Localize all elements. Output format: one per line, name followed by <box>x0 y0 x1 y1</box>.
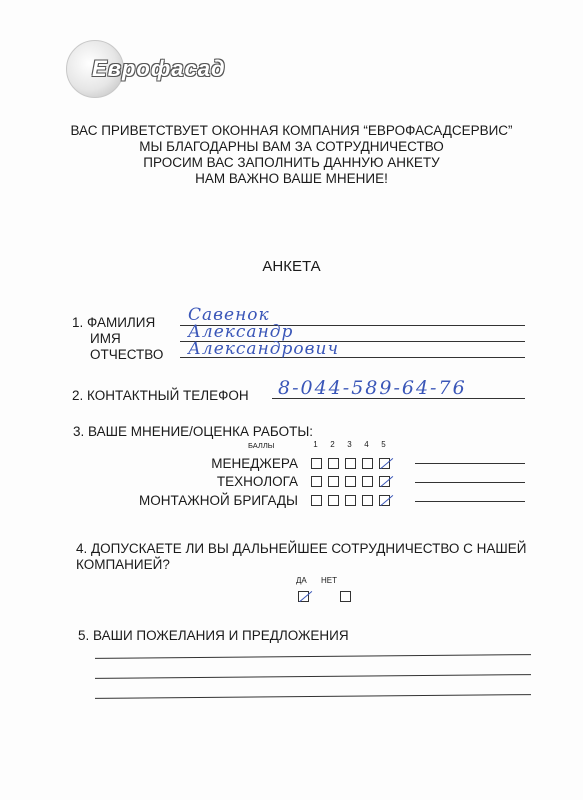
scale-number: 4 <box>358 440 375 449</box>
scale-number: 1 <box>307 440 324 449</box>
rating-checkbox-1[interactable] <box>311 495 322 506</box>
yes-checkbox-checked[interactable] <box>298 591 309 602</box>
rating-checkbox-4[interactable] <box>362 495 373 506</box>
intro-line: ПРОСИМ ВАС ЗАПОЛНИТЬ ДАННУЮ АНКЕТУ <box>0 155 583 171</box>
rating-checkbox-2[interactable] <box>328 458 339 469</box>
intro-line: ВАС ПРИВЕТСТВУЕТ ОКОННАЯ КОМПАНИЯ “ЕВРОФ… <box>0 123 583 139</box>
cooperation-question-line1: 4. ДОПУСКАЕТЕ ЛИ ВЫ ДАЛЬНЕЙШЕЕ СОТРУДНИЧ… <box>76 541 527 556</box>
suggestions-line-2[interactable] <box>95 674 531 679</box>
scale-number: 3 <box>341 440 358 449</box>
intro-line: НАМ ВАЖНО ВАШЕ МНЕНИЕ! <box>0 171 583 187</box>
suggestions-line-1[interactable] <box>95 654 531 659</box>
form-title: АНКЕТА <box>0 258 583 275</box>
rating-checkbox-2[interactable] <box>328 476 339 487</box>
suggestions-line-3[interactable] <box>95 694 531 699</box>
cooperation-question-line2: КОМПАНИЕЙ? <box>76 557 170 572</box>
no-checkbox[interactable] <box>340 591 351 602</box>
rating-checkbox-5-checked[interactable] <box>379 476 390 487</box>
yes-label: ДА <box>296 576 307 585</box>
company-logo: Еврофасад <box>62 38 232 100</box>
rating-row-manager <box>311 458 390 469</box>
surname-label: 1. ФАМИЛИЯ <box>72 315 155 330</box>
comment-line-technologist[interactable] <box>415 482 525 483</box>
scale-number: 2 <box>324 440 341 449</box>
scale-number: 5 <box>375 440 392 449</box>
rating-checkbox-4[interactable] <box>362 476 373 487</box>
name-label: ИМЯ <box>90 331 121 346</box>
patronymic-label: ОТЧЕСТВО <box>90 347 163 362</box>
comment-line-install-team[interactable] <box>415 501 525 502</box>
rating-checkbox-5-checked[interactable] <box>379 495 390 506</box>
rating-question-label: 3. ВАШЕ МНЕНИЕ/ОЦЕНКА РАБОТЫ: <box>73 424 313 439</box>
rating-checkbox-4[interactable] <box>362 458 373 469</box>
rating-row-technologist <box>311 476 390 487</box>
phone-field[interactable]: 8-044-589-64-76 <box>278 377 467 399</box>
rating-row-label-install-team: МОНТАЖНОЙ БРИГАДЫ <box>139 493 298 508</box>
rating-row-label-manager: МЕНЕДЖЕРА <box>211 456 298 471</box>
logo-text: Еврофасад <box>92 56 226 82</box>
scale-label: БАЛЛЫ <box>248 441 274 450</box>
rating-row-install-team <box>311 495 390 506</box>
rating-checkbox-1[interactable] <box>311 458 322 469</box>
scale-numbers: 1 2 3 4 5 <box>307 440 392 449</box>
suggestions-label: 5. ВАШИ ПОЖЕЛАНИЯ И ПРЕДЛОЖЕНИЯ <box>78 628 349 643</box>
comment-line-manager[interactable] <box>415 463 525 464</box>
rating-checkbox-1[interactable] <box>311 476 322 487</box>
phone-label: 2. КОНТАКТНЫЙ ТЕЛЕФОН <box>72 388 249 403</box>
patronymic-field[interactable]: Александрович <box>188 339 339 359</box>
rating-checkbox-3[interactable] <box>345 495 356 506</box>
no-label: НЕТ <box>321 576 337 585</box>
rating-checkbox-2[interactable] <box>328 495 339 506</box>
rating-checkbox-3[interactable] <box>345 458 356 469</box>
rating-checkbox-3[interactable] <box>345 476 356 487</box>
rating-checkbox-5-checked[interactable] <box>379 458 390 469</box>
intro-line: МЫ БЛАГОДАРНЫ ВАМ ЗА СОТРУДНИЧЕСТВО <box>0 139 583 155</box>
intro-text: ВАС ПРИВЕТСТВУЕТ ОКОННАЯ КОМПАНИЯ “ЕВРОФ… <box>0 123 583 187</box>
rating-row-label-technologist: ТЕХНОЛОГА <box>217 474 298 489</box>
